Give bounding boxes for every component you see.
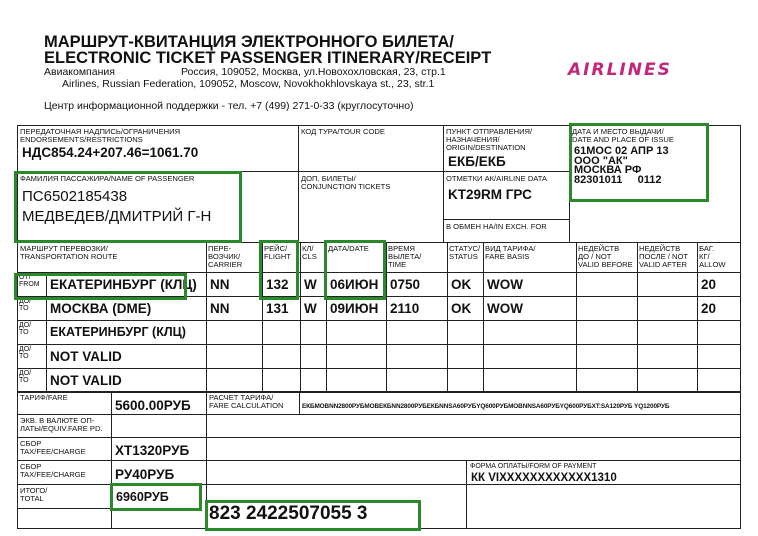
- divider: [17, 437, 741, 438]
- divider: [17, 392, 741, 393]
- endorsements-label-en: ENDORSEMENTS/RESTRICTIONS: [20, 136, 143, 144]
- highlight-passenger: [14, 171, 242, 243]
- row-direction-label: TO: [19, 353, 29, 360]
- conjunction-label-en: CONJUNCTION TICKETS: [301, 183, 390, 191]
- fare-value: 5600.00РУБ: [115, 398, 191, 413]
- address-ru: Россия, 109052, Москва, ул.Новохохловска…: [181, 66, 446, 78]
- header-carrier: CARRIER: [208, 261, 242, 269]
- row-direction-label: TO: [19, 305, 29, 312]
- border-right: [740, 125, 741, 529]
- header-bag: ALLOW: [699, 261, 726, 269]
- route-status: OK: [451, 301, 471, 316]
- divider: [206, 242, 207, 392]
- tour-code-label: КОД ТУРА/TOUR CODE: [301, 128, 385, 136]
- airline-logo: AIRLINES: [568, 60, 672, 80]
- airline-label-ru: Авиакомпания: [44, 66, 115, 78]
- divider: [697, 242, 698, 392]
- divider: [386, 242, 387, 392]
- tax2-label-2: TAX/FEE/CHARGE: [20, 471, 86, 479]
- fare-calc-label-en: FARE CALCULATION: [209, 402, 284, 410]
- route-bag: 20: [701, 301, 716, 316]
- route-fare-basis: WOW: [487, 277, 523, 292]
- route-class: W: [304, 277, 317, 292]
- airline-data-label: ОТМЕТКИ АК/AIRLINE DATA: [446, 175, 547, 183]
- highlight-flight: [259, 240, 299, 300]
- tax1-value: XT1320РУБ: [115, 443, 189, 458]
- route-city: NOT VALID: [50, 373, 122, 388]
- divider: [17, 391, 741, 392]
- divider: [466, 460, 467, 529]
- highlight-date: [324, 240, 386, 300]
- divider: [447, 242, 448, 392]
- route-city: NOT VALID: [50, 349, 122, 364]
- divider: [17, 320, 741, 321]
- highlight-ticket-number: [205, 500, 421, 531]
- origin-destination-value: ЕКБ/ЕКБ: [448, 154, 506, 169]
- payment-value: КК VIXXXXXXXXXXXX1310: [471, 472, 617, 484]
- route-city: ЕКАТЕРИНБУРГ (КЛЦ): [50, 325, 186, 339]
- title-en: ELECTRONIC TICKET PASSENGER ITINERARY/RE…: [44, 50, 491, 67]
- header-nva: VALID AFTER: [639, 261, 687, 269]
- total-label-2: TOTAL: [20, 495, 44, 503]
- route-fare-basis: WOW: [487, 301, 523, 316]
- row-direction-label: ДО/: [19, 322, 31, 329]
- header-nvb: VALID BEFORE: [578, 261, 633, 269]
- support-phone: Центр информационной поддержки - тел. +7…: [44, 100, 414, 112]
- route-bag: 20: [701, 277, 716, 292]
- equiv-fare-label-2: ЛАТЫ/EQUIV.FARE PD.: [20, 425, 103, 433]
- header-status: STATUS: [449, 253, 478, 261]
- route-city: МОСКВА (DME): [50, 301, 151, 316]
- row-direction-label: ДО/: [19, 370, 31, 377]
- divider: [443, 125, 444, 242]
- divider: [17, 460, 741, 461]
- row-direction-label: ДО/: [19, 346, 31, 353]
- header-time: TIME: [388, 261, 406, 269]
- divider: [299, 391, 300, 414]
- divider: [300, 242, 301, 392]
- divider: [17, 414, 741, 415]
- divider: [17, 368, 741, 369]
- divider: [17, 508, 112, 509]
- payment-label: ФОРМА ОПЛАТЫ/FORM OF PAYMENT: [470, 463, 596, 471]
- exchange-label: В ОБМЕН НА/IN EXCH. FOR: [446, 223, 547, 231]
- fare-calc-value: ЕКБMOBNN2800РУБMOBЕКБNN2800РУБЕКБNNSA60Р…: [302, 403, 669, 410]
- route-carrier: NN: [210, 277, 230, 292]
- header-route: TRANSPORTATION ROUTE: [20, 253, 117, 261]
- header-fare-basis: FARE BASIS: [485, 253, 529, 261]
- divider: [298, 125, 299, 242]
- airline-data-value: KT29RM ГРС: [448, 187, 532, 202]
- highlight-total: [110, 483, 202, 511]
- row-direction-label: TO: [19, 329, 29, 336]
- divider: [443, 219, 569, 220]
- route-flight: 131: [266, 301, 289, 316]
- route-class: W: [304, 301, 317, 316]
- highlight-from: [14, 273, 187, 300]
- route-status: OK: [451, 277, 471, 292]
- endorsements-value: НДС854.24+207.46=1061.70: [22, 145, 198, 160]
- route-carrier: NN: [210, 301, 230, 316]
- row-direction-label: TO: [19, 377, 29, 384]
- route-date: 09ИЮН: [330, 301, 378, 316]
- route-time: 0750: [390, 277, 420, 292]
- origin-label-3: ORIGIN/DESTINATION: [446, 144, 526, 152]
- divider: [17, 344, 741, 345]
- divider: [637, 242, 638, 392]
- route-time: 2110: [390, 301, 419, 316]
- tax1-label-2: TAX/FEE/CHARGE: [20, 448, 86, 456]
- header-class: CLS: [302, 253, 317, 261]
- highlight-issue: [569, 123, 709, 202]
- divider: [576, 242, 577, 392]
- fare-label: ТАРИФ/FARE: [20, 394, 68, 402]
- address-en: Airlines, Russian Federation, 109052, Mo…: [62, 78, 434, 90]
- divider: [483, 242, 484, 392]
- tax2-value: РУ40РУБ: [115, 467, 174, 482]
